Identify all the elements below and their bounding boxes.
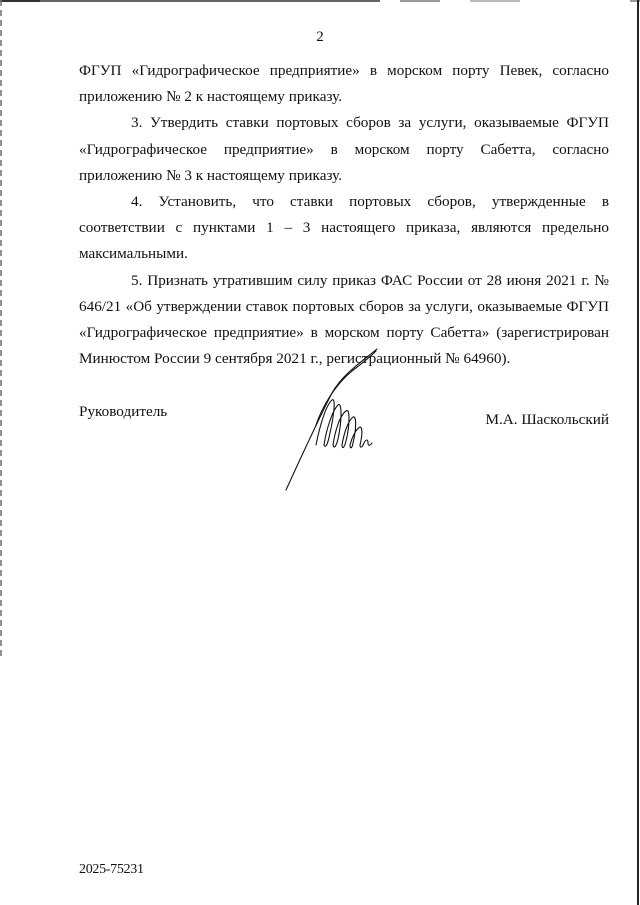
document-body: ФГУП «Гидрографическое предприятие» в мо… [79,58,609,372]
document-id: 2025-75231 [79,862,144,878]
page-number: 2 [0,28,640,46]
paragraph-item-4: 4. Установить, что ставки портовых сборо… [79,189,609,268]
paragraph-continuation: ФГУП «Гидрографическое предприятие» в мо… [79,58,609,110]
position-title: Руководитель [79,403,167,421]
scan-edge-top [0,0,640,2]
handwritten-signature-icon [280,345,390,495]
document-page: 2 ФГУП «Гидрографическое предприятие» в … [0,0,640,905]
paragraph-item-3: 3. Утвердить ставки портовых сборов за у… [79,110,609,189]
scan-edge-right [637,0,639,905]
signatory-name: М.А. Шаскольский [485,411,609,429]
scan-edge-left [0,0,2,660]
